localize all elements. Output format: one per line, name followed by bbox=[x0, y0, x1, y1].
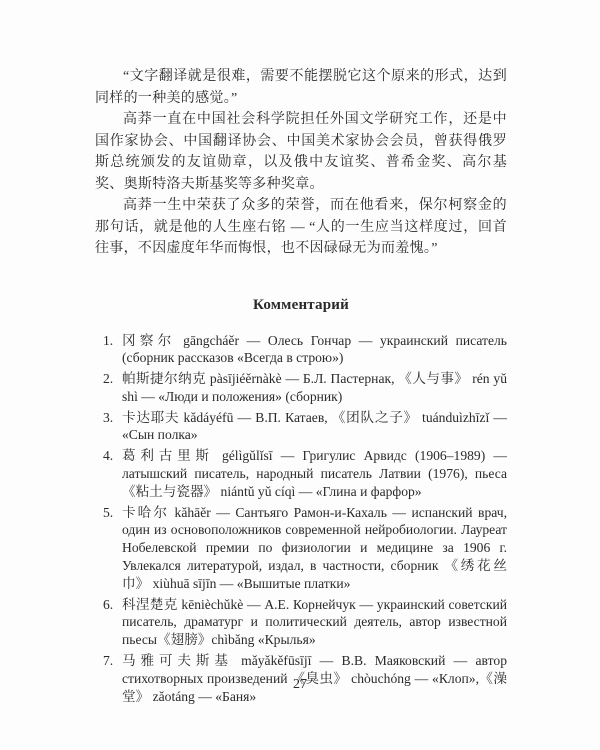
comment-number: 6. bbox=[103, 596, 113, 614]
comment-item: 4. 葛利古里斯 gélìgǔlǐsī — Григулис Арвидс (1… bbox=[103, 447, 507, 500]
page-content: “文字翻译就是很难，需要不能摆脱它这个原来的形式，达到同样的一种美的感觉。” 高… bbox=[95, 66, 507, 708]
comment-text: 冈察尔 gāngcháěr — Олесь Гончар — украински… bbox=[122, 333, 507, 366]
comment-item: 5. 卡哈尔 kǎhāěr — Сантьяго Рамон-и-Кахаль … bbox=[103, 504, 507, 593]
comment-number: 3. bbox=[103, 409, 113, 427]
paragraph-career: 高莽一直在中国社会科学院担任外国文学研究工作，还是中国作家协会、中国翻译协会、中… bbox=[95, 109, 507, 195]
comment-item: 2. 帕斯捷尔纳克 pàsījiéěrnàkè — Б.Л. Пастернак… bbox=[103, 370, 507, 406]
comment-item: 6. 科涅楚克 kēnièchǔkè — А.Е. Корнейчук — ук… bbox=[103, 596, 507, 649]
comment-number: 2. bbox=[103, 370, 113, 388]
comment-text: 葛利古里斯 gélìgǔlǐsī — Григулис Арвидс (1906… bbox=[122, 448, 507, 499]
comment-number: 5. bbox=[103, 504, 113, 522]
comment-item: 3. 卡达耶夫 kǎdáyéfū — В.П. Катаев, 《团队之子》 t… bbox=[103, 409, 507, 445]
paragraph-motto: 高莽一生中荣获了众多的荣誉，而在他看来，保尔柯察金的那句话，就是他的人生座右铭 … bbox=[95, 195, 507, 260]
comment-text: 卡哈尔 kǎhāěr — Сантьяго Рамон-и-Кахаль — и… bbox=[122, 505, 507, 591]
comment-text: 帕斯捷尔纳克 pàsījiéěrnàkè — Б.Л. Пастернак, 《… bbox=[122, 371, 507, 404]
comment-text: 科涅楚克 kēnièchǔkè — А.Е. Корнейчук — украи… bbox=[122, 597, 507, 648]
comment-number: 1. bbox=[103, 332, 113, 350]
page-number: 27 bbox=[0, 677, 600, 693]
comment-item: 1. 冈察尔 gāngcháěr — Олесь Гончар — украин… bbox=[103, 332, 507, 368]
comments-title: Комментарий bbox=[95, 297, 507, 314]
comment-text: 卡达耶夫 kǎdáyéfū — В.П. Катаев, 《团队之子》 tuán… bbox=[122, 410, 507, 443]
comment-number: 4. bbox=[103, 447, 113, 465]
paragraph-quote: “文字翻译就是很难，需要不能摆脱它这个原来的形式，达到同样的一种美的感觉。” bbox=[95, 66, 507, 109]
comment-number: 7. bbox=[103, 652, 113, 670]
comments-list: 1. 冈察尔 gāngcháěr — Олесь Гончар — украин… bbox=[103, 332, 507, 706]
